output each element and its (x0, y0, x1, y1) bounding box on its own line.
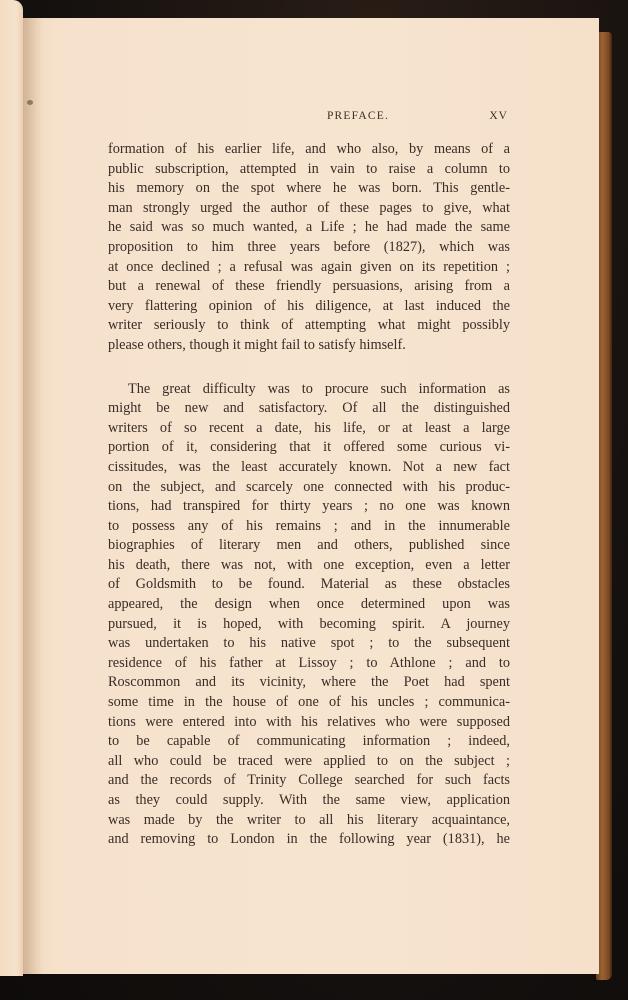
gutter-shadow (23, 18, 43, 974)
text-line: biographies of literary men and others, … (108, 536, 510, 556)
text-line: might be new and satisfactory. Of all th… (108, 399, 510, 419)
text-line: to be capable of communicating informati… (108, 732, 510, 752)
text-line: appeared, the design when once determine… (108, 595, 510, 615)
previous-page-edge (0, 0, 23, 976)
text-line: but a renewal of these friendly persuasi… (108, 277, 510, 297)
text-line: as they could supply. With the same view… (108, 791, 510, 811)
text-line: cissitudes, was the least accurately kno… (108, 458, 510, 478)
text-line: on the subject, and scarcely one connect… (108, 478, 510, 498)
text-line: tions were entered into with his relativ… (108, 713, 510, 733)
paragraph-gap (108, 356, 510, 380)
text-line: please others, though it might fail to s… (108, 336, 510, 356)
text-line: proposition to him three years before (1… (108, 238, 510, 258)
text-line: tions, had transpired for thirty years ;… (108, 497, 510, 517)
text-line: and the records of Trinity College searc… (108, 771, 510, 791)
text-line: to possess any of his remains ; and in t… (108, 517, 510, 537)
text-line: public subscription, attempted in vain t… (108, 160, 510, 180)
text-line: some time in the house of one of his unc… (108, 693, 510, 713)
text-line: The great difficulty was to procure such… (108, 380, 510, 400)
text-line: all who could be traced were applied to … (108, 752, 510, 772)
text-line: writer seriously to think of attempting … (108, 316, 510, 336)
paragraph-1: formation of his earlier life, and who a… (108, 140, 510, 356)
paper-spot (27, 100, 33, 105)
text-line: Roscommon and its vicinity, where the Po… (108, 673, 510, 693)
text-line: formation of his earlier life, and who a… (108, 140, 510, 160)
text-line: portion of it, considering that it offer… (108, 438, 510, 458)
body-text: formation of his earlier life, and who a… (108, 140, 510, 850)
text-line: of Goldsmith to be found. Material as th… (108, 575, 510, 595)
text-line: at once declined ; a refusal was again g… (108, 258, 510, 278)
text-line: pursued, it is hoped, with becoming spir… (108, 615, 510, 635)
text-line: and removing to London in the following … (108, 830, 510, 850)
text-line: residence of his father at Lissoy ; to A… (108, 654, 510, 674)
text-line: his memory on the spot where he was born… (108, 179, 510, 199)
page-header: PREFACE. XV (108, 110, 508, 128)
page-number: XV (489, 110, 508, 122)
text-line: very flattering opinion of his diligence… (108, 297, 510, 317)
text-line: his death, there was not, with one excep… (108, 556, 510, 576)
running-head: PREFACE. (258, 110, 458, 122)
text-line: was undertaken to his native spot ; to t… (108, 634, 510, 654)
paragraph-2: The great difficulty was to procure such… (108, 380, 510, 850)
text-line: man strongly urged the author of these p… (108, 199, 510, 219)
text-line: writers of so recent a date, his life, o… (108, 419, 510, 439)
text-line: he said was so much wanted, a Life ; he … (108, 218, 510, 238)
text-line: was made by the writer to all his litera… (108, 811, 510, 831)
